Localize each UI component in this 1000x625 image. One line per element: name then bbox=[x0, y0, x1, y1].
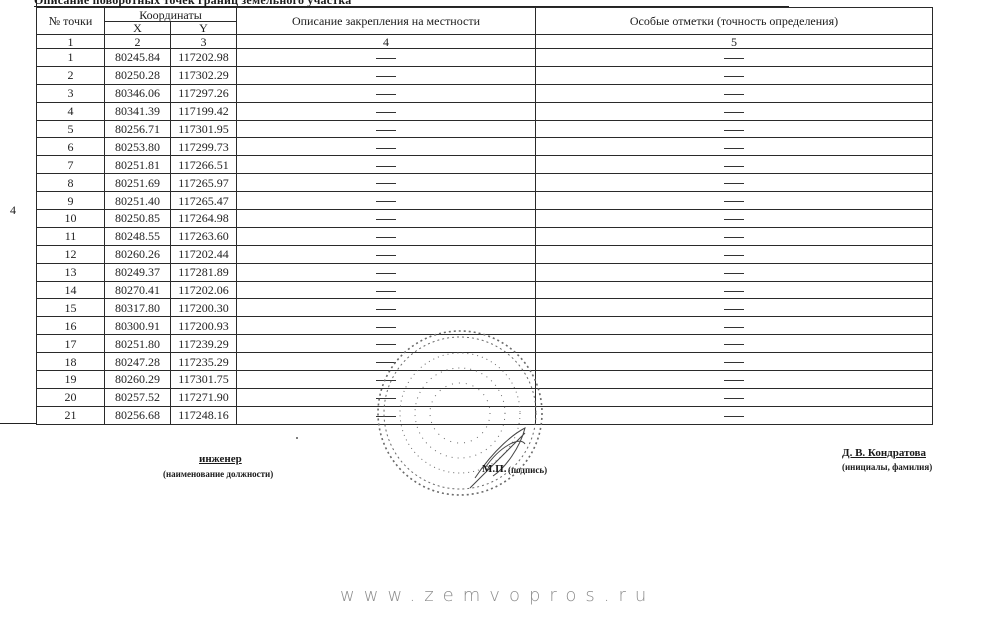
coord-y: 117199.42 bbox=[171, 102, 237, 120]
coord-y: 117265.47 bbox=[171, 192, 237, 210]
empty-dash bbox=[376, 255, 396, 256]
notes-cell bbox=[536, 245, 933, 263]
empty-dash bbox=[724, 273, 744, 274]
table-row: 1580317.80117200.30 bbox=[37, 299, 933, 317]
point-number: 17 bbox=[37, 335, 105, 353]
empty-dash bbox=[376, 219, 396, 220]
coord-x: 80247.28 bbox=[105, 353, 171, 371]
coord-y: 117297.26 bbox=[171, 84, 237, 102]
notes-cell bbox=[536, 388, 933, 406]
job-title: инженер bbox=[199, 453, 242, 465]
empty-dash bbox=[724, 130, 744, 131]
empty-dash bbox=[724, 344, 744, 345]
coord-x: 80251.69 bbox=[105, 174, 171, 192]
table-row: 880251.69117265.97 bbox=[37, 174, 933, 192]
coord-x: 80250.28 bbox=[105, 66, 171, 84]
notes-cell bbox=[536, 102, 933, 120]
empty-dash bbox=[724, 291, 744, 292]
notes-cell bbox=[536, 371, 933, 389]
empty-dash bbox=[724, 112, 744, 113]
coord-y: 117266.51 bbox=[171, 156, 237, 174]
empty-dash bbox=[724, 416, 744, 417]
point-number: 10 bbox=[37, 210, 105, 228]
empty-dash bbox=[724, 219, 744, 220]
coord-y: 117200.30 bbox=[171, 299, 237, 317]
empty-dash bbox=[376, 183, 396, 184]
empty-dash bbox=[724, 309, 744, 310]
coord-y: 117248.16 bbox=[171, 406, 237, 424]
description-cell bbox=[237, 102, 536, 120]
point-number: 6 bbox=[37, 138, 105, 156]
point-number: 3 bbox=[37, 84, 105, 102]
header-description: Описание закрепления на местности bbox=[237, 8, 536, 35]
coord-y: 117263.60 bbox=[171, 227, 237, 245]
signature-caption: (подпись) bbox=[508, 465, 547, 475]
coord-x: 80346.06 bbox=[105, 84, 171, 102]
point-number: 19 bbox=[37, 371, 105, 389]
table-row: 780251.81117266.51 bbox=[37, 156, 933, 174]
notes-cell bbox=[536, 335, 933, 353]
description-cell bbox=[237, 66, 536, 84]
person-name: Д. В. Кондратова bbox=[842, 447, 926, 459]
person-name-caption: (инициалы, фамилия) bbox=[842, 462, 932, 472]
notes-cell bbox=[536, 138, 933, 156]
coord-y: 117271.90 bbox=[171, 388, 237, 406]
empty-dash bbox=[376, 58, 396, 59]
section-frame: 4 bbox=[0, 0, 37, 424]
notes-cell bbox=[536, 192, 933, 210]
notes-cell bbox=[536, 406, 933, 424]
empty-dash bbox=[376, 237, 396, 238]
notes-cell bbox=[536, 120, 933, 138]
coord-x: 80250.85 bbox=[105, 210, 171, 228]
notes-cell bbox=[536, 299, 933, 317]
point-number: 8 bbox=[37, 174, 105, 192]
coord-y: 117202.44 bbox=[171, 245, 237, 263]
point-number: 14 bbox=[37, 281, 105, 299]
point-number: 11 bbox=[37, 227, 105, 245]
empty-dash bbox=[724, 237, 744, 238]
table-row: 980251.40117265.47 bbox=[37, 192, 933, 210]
empty-dash bbox=[724, 94, 744, 95]
empty-dash bbox=[724, 362, 744, 363]
column-index: 2 bbox=[105, 35, 171, 49]
empty-dash bbox=[724, 398, 744, 399]
description-cell bbox=[237, 156, 536, 174]
coord-x: 80341.39 bbox=[105, 102, 171, 120]
table-row: 180245.84117202.98 bbox=[37, 49, 933, 67]
coord-x: 80253.80 bbox=[105, 138, 171, 156]
empty-dash bbox=[724, 255, 744, 256]
empty-dash bbox=[376, 148, 396, 149]
coord-y: 117202.06 bbox=[171, 281, 237, 299]
empty-dash bbox=[376, 76, 396, 77]
table-row: 280250.28117302.29 bbox=[37, 66, 933, 84]
empty-dash bbox=[376, 201, 396, 202]
empty-dash bbox=[376, 112, 396, 113]
coord-y: 117281.89 bbox=[171, 263, 237, 281]
notes-cell bbox=[536, 263, 933, 281]
header-coordinates: Координаты bbox=[105, 8, 237, 22]
coord-y: 117235.29 bbox=[171, 353, 237, 371]
coord-x: 80260.29 bbox=[105, 371, 171, 389]
coord-x: 80317.80 bbox=[105, 299, 171, 317]
coord-x: 80257.52 bbox=[105, 388, 171, 406]
point-number: 4 bbox=[37, 102, 105, 120]
point-number: 18 bbox=[37, 353, 105, 371]
table-row: 680253.80117299.73 bbox=[37, 138, 933, 156]
description-cell bbox=[237, 245, 536, 263]
point-number: 16 bbox=[37, 317, 105, 335]
point-number: 2 bbox=[37, 66, 105, 84]
description-cell bbox=[237, 210, 536, 228]
point-number: 7 bbox=[37, 156, 105, 174]
empty-dash bbox=[376, 273, 396, 274]
coord-y: 117202.98 bbox=[171, 49, 237, 67]
column-index: 3 bbox=[171, 35, 237, 49]
point-number: 15 bbox=[37, 299, 105, 317]
empty-dash bbox=[724, 380, 744, 381]
coord-y: 117301.95 bbox=[171, 120, 237, 138]
coord-y: 117264.98 bbox=[171, 210, 237, 228]
description-cell bbox=[237, 281, 536, 299]
section-number: 4 bbox=[10, 203, 16, 218]
scan-speck bbox=[296, 437, 298, 439]
description-cell bbox=[237, 263, 536, 281]
point-number: 21 bbox=[37, 406, 105, 424]
stamp-label: М.П. bbox=[482, 463, 506, 475]
empty-dash bbox=[376, 94, 396, 95]
empty-dash bbox=[376, 309, 396, 310]
coord-x: 80300.91 bbox=[105, 317, 171, 335]
table-row: 1080250.85117264.98 bbox=[37, 210, 933, 228]
description-cell bbox=[237, 49, 536, 67]
table-row: 1280260.26117202.44 bbox=[37, 245, 933, 263]
coord-y: 117299.73 bbox=[171, 138, 237, 156]
point-number: 1 bbox=[37, 49, 105, 67]
watermark: www.zemvopros.ru bbox=[340, 585, 655, 606]
column-index: 5 bbox=[536, 35, 933, 49]
description-cell bbox=[237, 227, 536, 245]
coord-x: 80248.55 bbox=[105, 227, 171, 245]
table-row: 1380249.37117281.89 bbox=[37, 263, 933, 281]
table-row: 580256.71117301.95 bbox=[37, 120, 933, 138]
job-title-caption: (наименование должности) bbox=[163, 469, 273, 479]
header-x: X bbox=[105, 22, 171, 35]
point-number: 9 bbox=[37, 192, 105, 210]
coord-x: 80245.84 bbox=[105, 49, 171, 67]
header-notes: Особые отметки (точность определения) bbox=[536, 8, 933, 35]
coord-x: 80270.41 bbox=[105, 281, 171, 299]
point-number: 20 bbox=[37, 388, 105, 406]
notes-cell bbox=[536, 49, 933, 67]
description-cell bbox=[237, 192, 536, 210]
coord-x: 80251.81 bbox=[105, 156, 171, 174]
coord-y: 117239.29 bbox=[171, 335, 237, 353]
column-index: 1 bbox=[37, 35, 105, 49]
point-number: 13 bbox=[37, 263, 105, 281]
point-number: 5 bbox=[37, 120, 105, 138]
coord-y: 117301.75 bbox=[171, 371, 237, 389]
coord-y: 117200.93 bbox=[171, 317, 237, 335]
coord-y: 117302.29 bbox=[171, 66, 237, 84]
description-cell bbox=[237, 84, 536, 102]
notes-cell bbox=[536, 84, 933, 102]
coord-x: 80260.26 bbox=[105, 245, 171, 263]
coord-x: 80249.37 bbox=[105, 263, 171, 281]
coord-x: 80256.68 bbox=[105, 406, 171, 424]
description-cell bbox=[237, 120, 536, 138]
empty-dash bbox=[724, 183, 744, 184]
empty-dash bbox=[724, 148, 744, 149]
empty-dash bbox=[376, 166, 396, 167]
coord-x: 80251.40 bbox=[105, 192, 171, 210]
coord-x: 80251.80 bbox=[105, 335, 171, 353]
description-cell bbox=[237, 138, 536, 156]
table-row: 480341.39117199.42 bbox=[37, 102, 933, 120]
header-y: Y bbox=[171, 22, 237, 35]
notes-cell bbox=[536, 353, 933, 371]
empty-dash bbox=[376, 291, 396, 292]
description-cell bbox=[237, 299, 536, 317]
empty-dash bbox=[724, 327, 744, 328]
table-row: 1480270.41117202.06 bbox=[37, 281, 933, 299]
coord-x: 80256.71 bbox=[105, 120, 171, 138]
empty-dash bbox=[376, 130, 396, 131]
header-point-no: № точки bbox=[37, 8, 105, 35]
empty-dash bbox=[724, 166, 744, 167]
description-cell bbox=[237, 174, 536, 192]
notes-cell bbox=[536, 210, 933, 228]
coord-y: 117265.97 bbox=[171, 174, 237, 192]
table-row: 380346.06117297.26 bbox=[37, 84, 933, 102]
empty-dash bbox=[724, 58, 744, 59]
notes-cell bbox=[536, 174, 933, 192]
empty-dash bbox=[724, 76, 744, 77]
point-number: 12 bbox=[37, 245, 105, 263]
column-index: 4 bbox=[237, 35, 536, 49]
notes-cell bbox=[536, 317, 933, 335]
empty-dash bbox=[724, 201, 744, 202]
notes-cell bbox=[536, 156, 933, 174]
table-row: 1180248.55117263.60 bbox=[37, 227, 933, 245]
notes-cell bbox=[536, 227, 933, 245]
column-index-row: 1 2 3 4 5 bbox=[37, 35, 933, 49]
notes-cell bbox=[536, 66, 933, 84]
notes-cell bbox=[536, 281, 933, 299]
